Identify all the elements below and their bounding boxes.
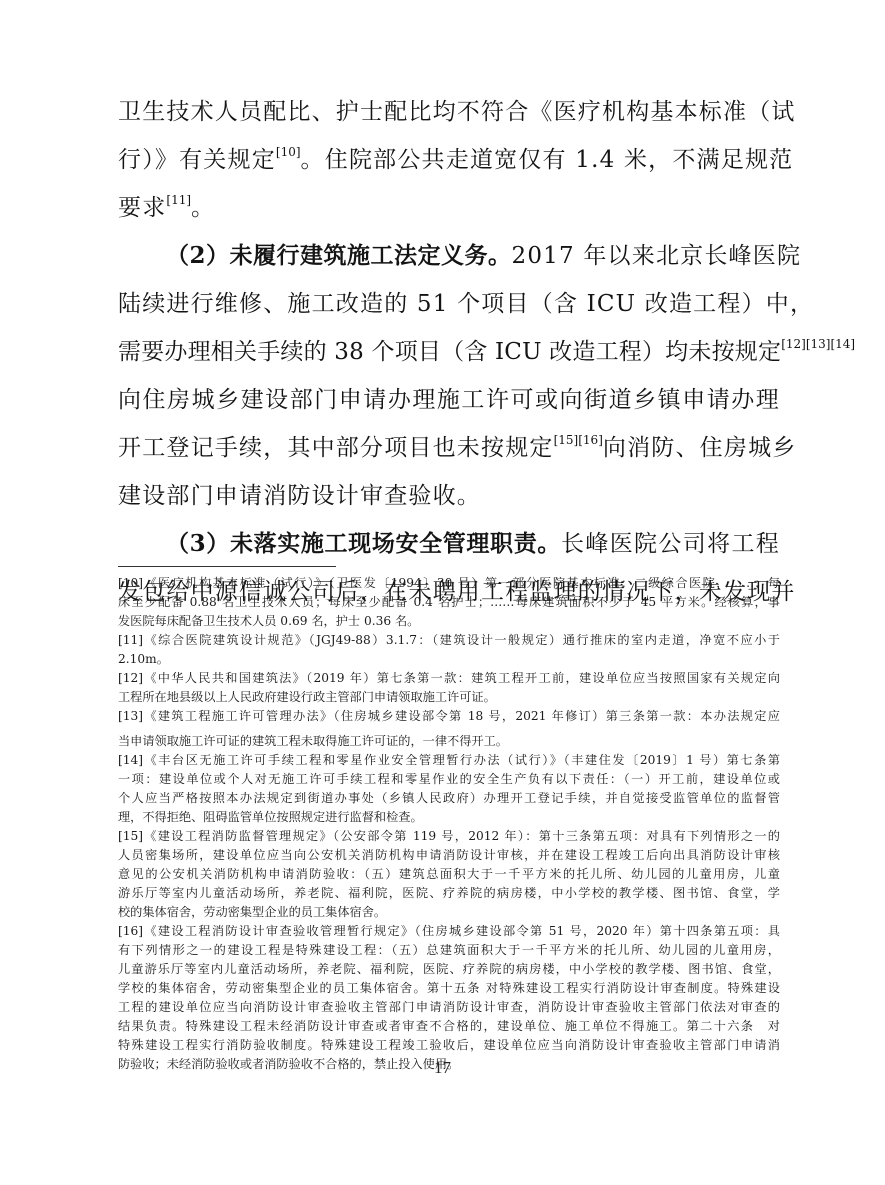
footnote-line: 床至少配备 0.88 名卫生技术人员；每床至少配备 0.4 名护士；……每床建筑… bbox=[118, 593, 780, 612]
body-text-run: 2017 年以来北京长峰医院 bbox=[512, 243, 802, 269]
footnote-line: 有下列情形之一的建设工程是特殊建设工程：（五）总建筑面积大于一千平方米的托儿所、… bbox=[118, 941, 780, 960]
footnote-line: 人员密集场所，建设单位应当向公安机关消防机构申请消防设计审核，并在建设工程竣工后… bbox=[118, 846, 780, 865]
footnote-line: 一项：建设单位或个人对无施工许可手续工程和零星作业的安全生产负有以下责任：（一）… bbox=[118, 770, 780, 789]
footnote-ref[interactable]: [15][16] bbox=[554, 433, 603, 447]
footnote-ref[interactable]: [10] bbox=[276, 145, 301, 159]
footnote-line: 儿童游乐厅等室内儿童活动场所，养老院、福利院，医院、疗养院的病房楼，中小学校的教… bbox=[118, 960, 780, 979]
footnote-line: [16]《建设工程消防设计审查验收管理暂行规定》（住房城乡建设部令第 51 号，… bbox=[118, 922, 780, 941]
footnote-line: 理，不得拒绝、阻碍监管单位按照规定进行监督和检查。 bbox=[118, 808, 780, 827]
body-line: 行）》有关规定[10]。住院部公共走道宽仅有 1.4 米，不满足规范 bbox=[118, 136, 780, 184]
footnote-line: 2.10m。 bbox=[118, 650, 780, 669]
document-page: 卫生技术人员配比、护士配比均不符合《医疗机构基本标准（试 行）》有关规定[10]… bbox=[0, 0, 885, 1185]
footnote-line: 学校的集体宿舍，劳动密集型企业的员工集体宿舍。第十五条 对特殊建设工程实行消防设… bbox=[118, 979, 780, 998]
footnote-line: 个人应当严格按照本办法规定到街道办事处（乡镇人民政府）办理开工登记手续，并自觉接… bbox=[118, 789, 780, 808]
body-line: 向住房城乡建设部门申请办理施工许可或向街道乡镇申请办理 bbox=[118, 376, 780, 424]
section-3-line: （3）未落实施工现场安全管理职责。长峰医院公司将工程 bbox=[118, 520, 780, 568]
footnotes: [10]《医疗机构基本标准（试行）》（卫医发〔1994〕30 号）第一部分医院基… bbox=[118, 574, 780, 1074]
footnote-line: [15]《建设工程消防监督管理规定》（公安部令第 119 号，2012 年）：第… bbox=[118, 827, 780, 846]
section-2-heading: （2）未履行建筑施工法定义务。 bbox=[166, 242, 512, 269]
body-line: 要求[11]。 bbox=[118, 184, 780, 232]
footnote-ref[interactable]: [12][13][14] bbox=[781, 337, 855, 351]
body-line: 开工登记手续，其中部分项目也未按规定[15][16]向消防、住房城乡 bbox=[118, 424, 780, 472]
body-text-run: 。住院部公共走道宽仅有 1.4 米，不满足规范 bbox=[301, 147, 794, 173]
body-text-run: 长峰医院公司将工程 bbox=[561, 531, 780, 557]
footnote-16: [16]《建设工程消防设计审查验收管理暂行规定》（住房城乡建设部令第 51 号，… bbox=[118, 922, 780, 1074]
footnote-line: [11]《综合医院建筑设计规范》（JGJ49-88）3.1.7：（建筑设计一般规… bbox=[118, 631, 780, 650]
footnote-line: 结果负责。特殊建设工程未经消防设计审查或者审查不合格的，建设单位、施工单位不得施… bbox=[118, 1017, 780, 1036]
footnote-line: 校的集体宿舍，劳动密集型企业的员工集体宿舍。 bbox=[118, 903, 780, 922]
footnote-line: 工程的建设单位应当向消防设计审查验收主管部门申请消防设计审查，消防设计审查验收主… bbox=[118, 998, 780, 1017]
footnote-line: [13]《建筑工程施工许可管理办法》（住房城乡建设部令第 18 号，2021 年… bbox=[118, 707, 780, 726]
footnote-line: 意见的公安机关消防机构申请消防验收：（五）建筑总面积大于一千平方米的托儿所、幼儿… bbox=[118, 865, 780, 884]
footnote-line: 工程所在地县级以上人民政府建设行政主管部门申请领取施工许可证。 bbox=[118, 688, 780, 707]
footnote-line: 游乐厅等室内儿童活动场所，养老院、福利院，医院、疗养院的病房楼，中小学校的教学楼… bbox=[118, 884, 780, 903]
footnote-15: [15]《建设工程消防监督管理规定》（公安部令第 119 号，2012 年）：第… bbox=[118, 827, 780, 922]
body-text-run: 向消防、住房城乡 bbox=[603, 435, 797, 461]
body-text: 卫生技术人员配比、护士配比均不符合《医疗机构基本标准（试 行）》有关规定[10]… bbox=[118, 88, 780, 616]
footnote-ref[interactable]: [11] bbox=[166, 193, 191, 207]
footnote-12: [12]《中华人民共和国建筑法》（2019 年）第七条第一款：建筑工程开工前，建… bbox=[118, 669, 780, 707]
footnote-line: 特殊建设工程实行消防验收制度。特殊建设工程竣工验收后，建设单位应当向消防设计审查… bbox=[118, 1036, 780, 1055]
body-line: 建设部门申请消防设计审查验收。 bbox=[118, 472, 780, 520]
footnote-line: 当申请领取施工许可证的建筑工程未取得施工许可证的，一律不得开工。 bbox=[118, 732, 780, 751]
footnote-10: [10]《医疗机构基本标准（试行）》（卫医发〔1994〕30 号）第一部分医院基… bbox=[118, 574, 780, 631]
footnote-line: [12]《中华人民共和国建筑法》（2019 年）第七条第一款：建筑工程开工前，建… bbox=[118, 669, 780, 688]
body-text-run: 需要办理相关手续的 38 个项目（含 ICU 改造工程）均未按规定 bbox=[118, 339, 781, 365]
footnote-11: [11]《综合医院建筑设计规范》（JGJ49-88）3.1.7：（建筑设计一般规… bbox=[118, 631, 780, 669]
body-text-run: 行）》有关规定 bbox=[118, 147, 276, 173]
section-3-heading: （3）未落实施工现场安全管理职责。 bbox=[166, 530, 561, 557]
footnote-line: [10]《医疗机构基本标准（试行）》（卫医发〔1994〕30 号）第一部分医院基… bbox=[118, 574, 780, 593]
body-text-run: 。 bbox=[191, 195, 215, 221]
body-text-run: 要求 bbox=[118, 195, 166, 221]
body-line: 卫生技术人员配比、护士配比均不符合《医疗机构基本标准（试 bbox=[118, 88, 780, 136]
footnote-line: [14]《丰台区无施工许可手续工程和零星作业安全管理暂行办法（试行）》（丰建住发… bbox=[118, 751, 780, 770]
section-2-line: （2）未履行建筑施工法定义务。2017 年以来北京长峰医院 bbox=[118, 232, 780, 280]
body-text-run: 开工登记手续，其中部分项目也未按规定 bbox=[118, 435, 554, 461]
body-line: 需要办理相关手续的 38 个项目（含 ICU 改造工程）均未按规定[12][13… bbox=[118, 328, 780, 376]
footnote-line: 发医院每床配备卫生技术人员 0.69 名，护士 0.36 名。 bbox=[118, 612, 780, 631]
page-number: 17 bbox=[0, 1058, 885, 1078]
body-line: 陆续进行维修、施工改造的 51 个项目（含 ICU 改造工程）中， bbox=[118, 280, 780, 328]
footnote-14: [14]《丰台区无施工许可手续工程和零星作业安全管理暂行办法（试行）》（丰建住发… bbox=[118, 751, 780, 827]
footnote-13: [13]《建筑工程施工许可管理办法》（住房城乡建设部令第 18 号，2021 年… bbox=[118, 707, 780, 751]
footnote-divider bbox=[118, 566, 336, 567]
